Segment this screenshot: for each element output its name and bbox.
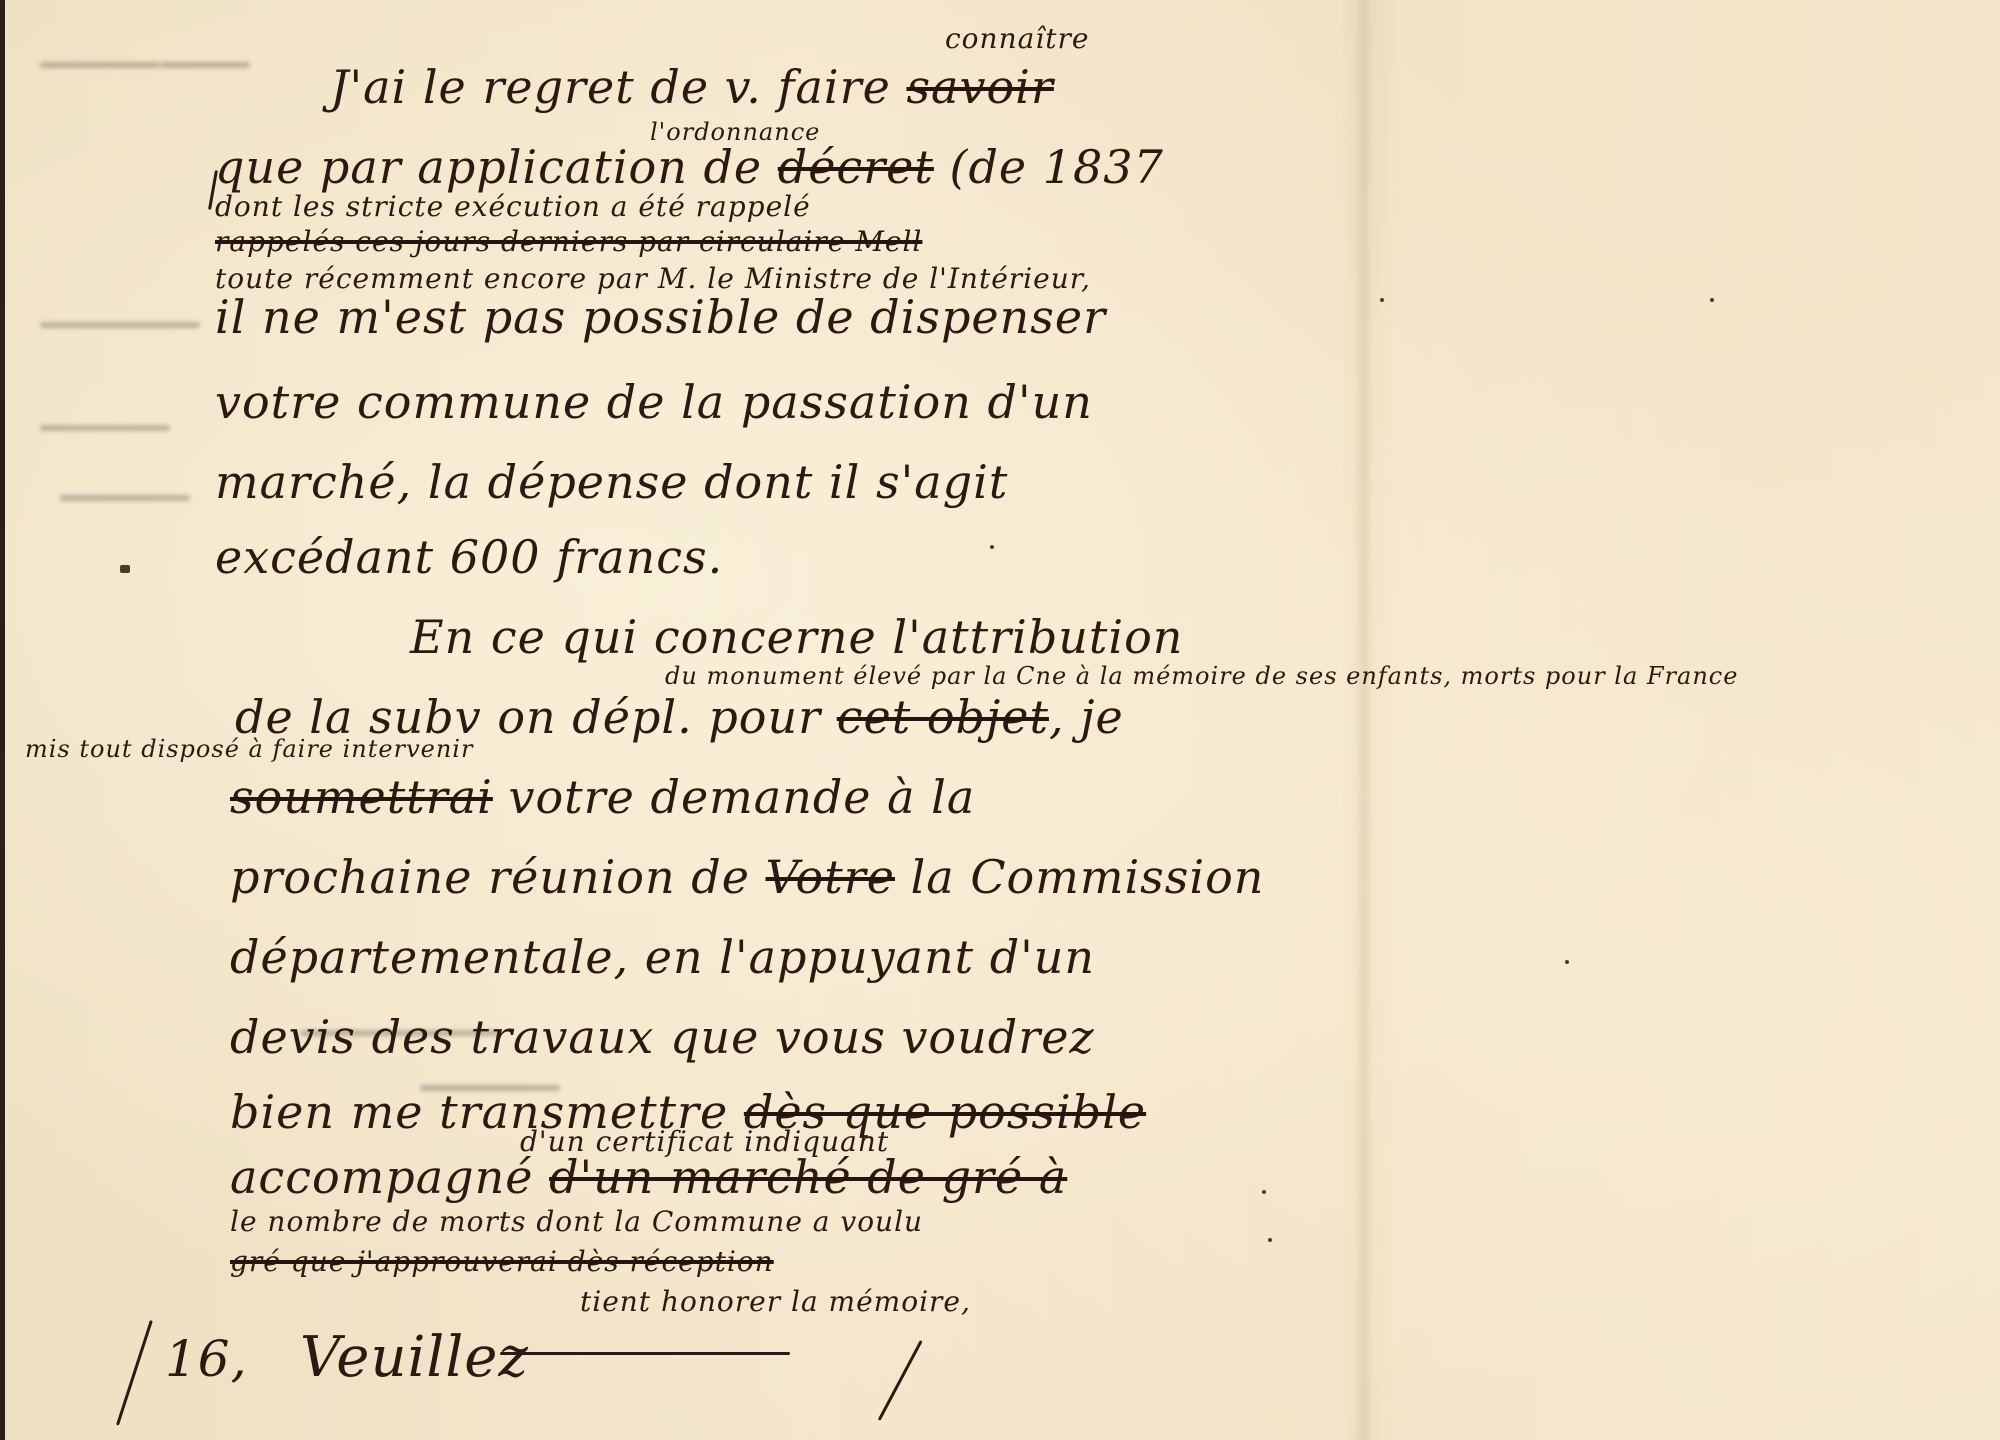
- paper-fold: [1355, 0, 1373, 1440]
- closing-veuillez: Veuillez: [300, 1325, 529, 1390]
- text-line-2: que par application de décret (de 1837: [215, 140, 1164, 194]
- paper-speck: [1262, 1190, 1266, 1194]
- ink-bleed-mark: [160, 62, 250, 68]
- text-line-10: En ce qui concerne l'attribution: [410, 610, 1183, 664]
- paper-speck: [1565, 960, 1569, 964]
- bracket-stroke-right: [878, 1340, 923, 1421]
- ink-bleed-mark: [40, 62, 160, 68]
- text-line-7: votre commune de la passation d'un: [215, 375, 1093, 429]
- paper-speck: [1268, 1238, 1272, 1242]
- text-line-15: devis des travaux que vous voudrez: [230, 1010, 1095, 1064]
- margin-number: 16,: [165, 1330, 248, 1388]
- insertion-connaitre: connaître: [945, 22, 1089, 55]
- paper-speck: [1380, 298, 1384, 302]
- text-line-6: il ne m'est pas possible de dispenser: [215, 290, 1106, 344]
- text-line-12: soumettrai votre demande à la: [230, 770, 975, 824]
- text-line-3: dont les stricte exécution a été rappelé: [215, 190, 811, 223]
- struck-word: cet objet: [837, 690, 1049, 744]
- text-line-20: tient honorer la mémoire,: [580, 1285, 971, 1318]
- text-line-9: excédant 600 francs.: [215, 530, 723, 584]
- struck-word: d'un marché de gré à: [549, 1150, 1067, 1204]
- text-line-17: accompagné d'un marché de gré à: [230, 1150, 1067, 1204]
- text-line-14: départementale, en l'appuyant d'un: [230, 930, 1095, 984]
- text-line-1: J'ai le regret de v. faire savoir: [330, 60, 1054, 114]
- scan-edge: [0, 0, 5, 1440]
- struck-line-4: rappelés ces jours derniers par circulai…: [215, 225, 922, 258]
- ink-bleed-mark: [40, 425, 170, 431]
- struck-line-19: gré que j'approuverai dès réception: [230, 1245, 774, 1278]
- closing-dash: [500, 1352, 790, 1355]
- insertion-monument: du monument élevé par la Cne à la mémoir…: [665, 662, 1738, 690]
- margin-note: mis tout disposé à faire intervenir: [25, 735, 473, 763]
- paper-speck: [1710, 298, 1714, 302]
- manuscript-page: connaître J'ai le regret de v. faire sav…: [0, 0, 2000, 1440]
- ink-bleed-mark: [60, 495, 190, 501]
- paper-speck: [990, 545, 994, 549]
- struck-word: Votre: [766, 850, 895, 904]
- text-line-8: marché, la dépense dont il s'agit: [215, 455, 1008, 509]
- ink-bleed-mark: [40, 322, 200, 328]
- ink-blot: [120, 565, 130, 573]
- text-line-13: prochaine réunion de Votre la Commission: [230, 850, 1264, 904]
- bracket-stroke-left: [116, 1320, 153, 1426]
- struck-word: décret: [778, 140, 934, 194]
- struck-word: soumettrai: [230, 770, 493, 824]
- struck-word: savoir: [906, 60, 1053, 114]
- text-line-18: le nombre de morts dont la Commune a vou…: [230, 1205, 923, 1238]
